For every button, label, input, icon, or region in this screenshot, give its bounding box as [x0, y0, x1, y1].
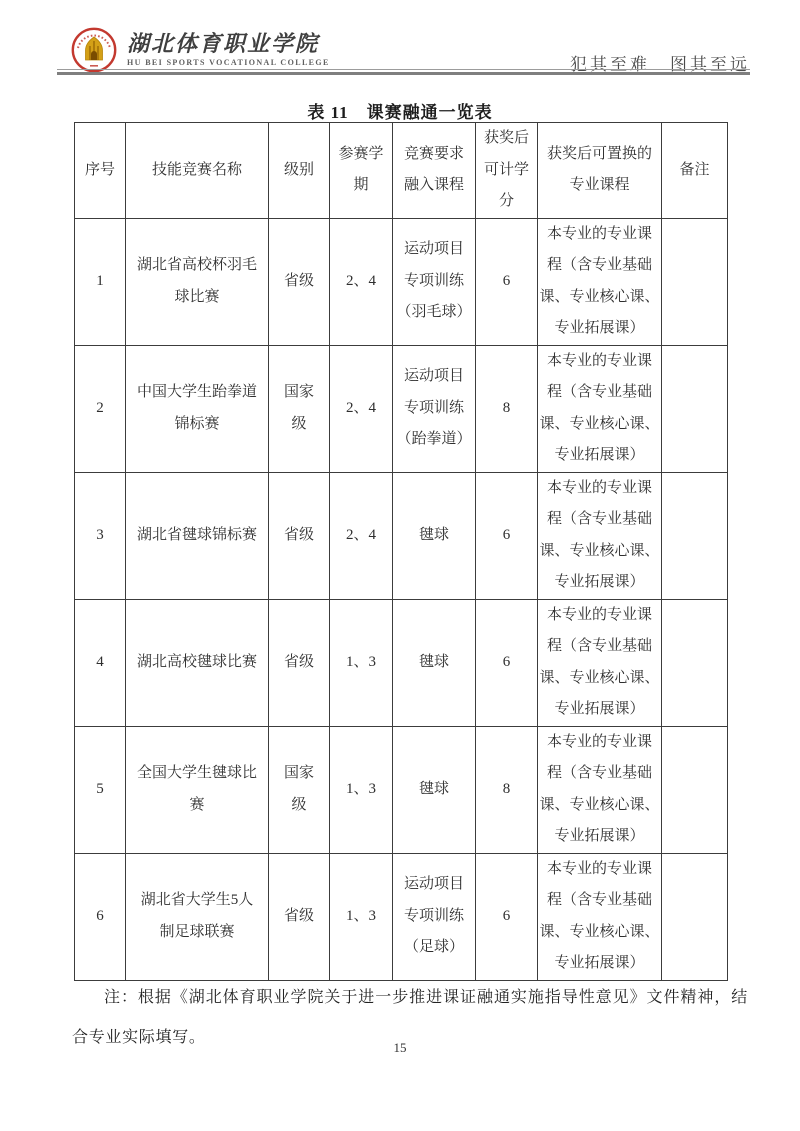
cell-course: 运动项目 专项训练 （跆拳道） [393, 345, 476, 472]
cell-level: 国家 级 [269, 726, 330, 853]
course-competition-table: 序号 技能竞赛名称 级别 参赛学 期 竞赛要求 融入课程 获奖后 可计学 分 获… [74, 122, 728, 981]
header-rule [57, 69, 750, 75]
cell-competition: 湖北省大学生5人 制足球联赛 [126, 853, 269, 980]
col-header-semester: 参赛学 期 [330, 123, 393, 219]
cell-replaceable: 本专业的专业课 程（含专业基础 课、专业核心课、 专业拓展课） [538, 853, 662, 980]
cell-index: 4 [75, 599, 126, 726]
cell-level: 省级 [269, 599, 330, 726]
cell-semester: 2、4 [330, 345, 393, 472]
table-row: 5全国大学生毽球比 赛国家 级1、3毽球8本专业的专业课 程（含专业基础 课、专… [75, 726, 728, 853]
cell-level: 省级 [269, 472, 330, 599]
cell-replaceable: 本专业的专业课 程（含专业基础 课、专业核心课、 专业拓展课） [538, 599, 662, 726]
col-header-competition: 技能竞赛名称 [126, 123, 269, 219]
cell-remarks [662, 472, 728, 599]
col-header-replaceable: 获奖后可置换的 专业课程 [538, 123, 662, 219]
cell-credits: 6 [476, 853, 538, 980]
cell-semester: 1、3 [330, 726, 393, 853]
table-row: 6湖北省大学生5人 制足球联赛省级1、3运动项目 专项训练 （足球）6本专业的专… [75, 853, 728, 980]
cell-competition: 湖北省高校杯羽毛 球比赛 [126, 218, 269, 345]
cell-remarks [662, 853, 728, 980]
cell-replaceable: 本专业的专业课 程（含专业基础 课、专业核心课、 专业拓展课） [538, 218, 662, 345]
col-header-index: 序号 [75, 123, 126, 219]
cell-level: 国家 级 [269, 345, 330, 472]
table-row: 1湖北省高校杯羽毛 球比赛省级2、4运动项目 专项训练 （羽毛球）6本专业的专业… [75, 218, 728, 345]
cell-level: 省级 [269, 853, 330, 980]
cell-semester: 2、4 [330, 472, 393, 599]
col-header-remarks: 备注 [662, 123, 728, 219]
cell-competition: 湖北高校毽球比赛 [126, 599, 269, 726]
table-body: 1湖北省高校杯羽毛 球比赛省级2、4运动项目 专项训练 （羽毛球）6本专业的专业… [75, 218, 728, 980]
cell-credits: 6 [476, 599, 538, 726]
cell-semester: 1、3 [330, 853, 393, 980]
cell-index: 3 [75, 472, 126, 599]
cell-competition: 湖北省毽球锦标赛 [126, 472, 269, 599]
document-page: 湖北体育职业学院 HU BEI SPORTS VOCATIONAL COLLEG… [0, 0, 800, 1131]
cell-course: 运动项目 专项训练 （羽毛球） [393, 218, 476, 345]
table-title: 表 11 课赛融通一览表 [0, 98, 800, 123]
cell-remarks [662, 599, 728, 726]
cell-remarks [662, 218, 728, 345]
cell-credits: 6 [476, 218, 538, 345]
college-name-cn: 湖北体育职业学院 [127, 32, 330, 56]
cell-course: 运动项目 专项训练 （足球） [393, 853, 476, 980]
col-header-course: 竞赛要求 融入课程 [393, 123, 476, 219]
col-header-level: 级别 [269, 123, 330, 219]
cell-replaceable: 本专业的专业课 程（含专业基础 课、专业核心课、 专业拓展课） [538, 726, 662, 853]
cell-course: 毽球 [393, 472, 476, 599]
cell-course: 毽球 [393, 599, 476, 726]
cell-index: 5 [75, 726, 126, 853]
cell-index: 2 [75, 345, 126, 472]
cell-remarks [662, 345, 728, 472]
cell-credits: 6 [476, 472, 538, 599]
cell-competition: 全国大学生毽球比 赛 [126, 726, 269, 853]
cell-course: 毽球 [393, 726, 476, 853]
college-name-block: 湖北体育职业学院 HU BEI SPORTS VOCATIONAL COLLEG… [127, 32, 330, 68]
table-header-row: 序号 技能竞赛名称 级别 参赛学 期 竞赛要求 融入课程 获奖后 可计学 分 获… [75, 123, 728, 219]
table-row: 3湖北省毽球锦标赛省级2、4毽球6本专业的专业课 程（含专业基础 课、专业核心课… [75, 472, 728, 599]
cell-credits: 8 [476, 345, 538, 472]
cell-remarks [662, 726, 728, 853]
cell-credits: 8 [476, 726, 538, 853]
college-logo: 湖北体育职业学院 HU BEI SPORTS VOCATIONAL COLLEG… [70, 26, 330, 74]
cell-semester: 1、3 [330, 599, 393, 726]
col-header-credits: 获奖后 可计学 分 [476, 123, 538, 219]
table-row: 2中国大学生跆拳道 锦标赛国家 级2、4运动项目 专项训练 （跆拳道）8本专业的… [75, 345, 728, 472]
cell-index: 6 [75, 853, 126, 980]
table-row: 4湖北高校毽球比赛省级1、3毽球6本专业的专业课 程（含专业基础 课、专业核心课… [75, 599, 728, 726]
college-seal-icon [70, 26, 118, 74]
cell-competition: 中国大学生跆拳道 锦标赛 [126, 345, 269, 472]
college-name-en: HU BEI SPORTS VOCATIONAL COLLEGE [127, 59, 330, 68]
cell-replaceable: 本专业的专业课 程（含专业基础 课、专业核心课、 专业拓展课） [538, 472, 662, 599]
page-number: 15 [0, 1040, 800, 1056]
cell-index: 1 [75, 218, 126, 345]
cell-semester: 2、4 [330, 218, 393, 345]
cell-replaceable: 本专业的专业课 程（含专业基础 课、专业核心课、 专业拓展课） [538, 345, 662, 472]
cell-level: 省级 [269, 218, 330, 345]
